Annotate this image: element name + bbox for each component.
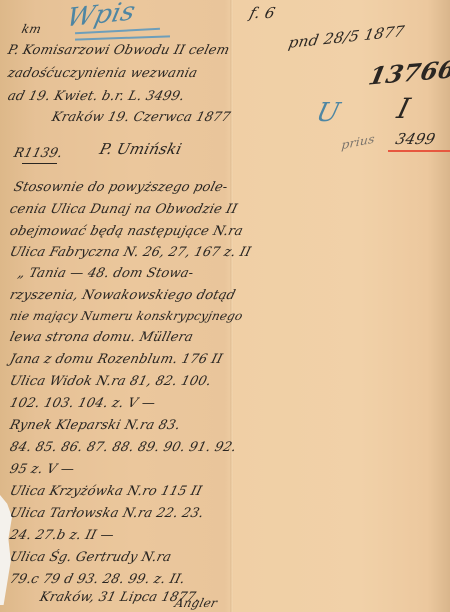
- signature-mark: P. Umiński: [98, 140, 184, 158]
- body-line: 84. 85. 86. 87. 88. 89. 90. 91. 92.: [8, 440, 238, 455]
- reference-number: R1139.: [12, 146, 64, 161]
- document-page: Wpis km P. Komisarzowi Obwodu II celem z…: [0, 0, 450, 612]
- body-line: Jana z domu Rozenblum. 176 II: [8, 352, 224, 367]
- marker-km: km: [20, 22, 43, 36]
- address-line-2: zadośćuczynienia wezwania: [6, 66, 199, 81]
- body-line: 102. 103. 104. z. V —: [8, 396, 157, 411]
- received-date: pnd 28/5 1877: [287, 22, 406, 52]
- body-line: 95 z. V —: [8, 462, 76, 477]
- body-line: Ulica Fabryczna N. 26, 27, 167 z. II: [8, 245, 252, 260]
- body-line: Rynek Kleparski N.ra 83.: [8, 418, 182, 433]
- blue-mark-u: U: [313, 98, 343, 128]
- body-line: lewa strona domu. Müllera: [8, 330, 195, 345]
- reference-underline: [22, 163, 57, 164]
- body-line: „ Tania — 48. dom Stowa-: [16, 266, 195, 281]
- case-number: 3499: [394, 130, 437, 148]
- folio-number: f. 6: [248, 4, 277, 22]
- closing-signature: Angler: [173, 596, 218, 610]
- pencil-note: prius: [341, 132, 375, 152]
- roman-numeral: I: [394, 92, 413, 125]
- address-place-date: Kraków 19. Czerwca 1877: [50, 110, 232, 125]
- body-line: nie mający Numeru konskrypcyjnego: [8, 309, 244, 323]
- body-line: Ulica Śg. Gertrudy N.ra: [8, 550, 173, 565]
- body-line: rzyszenia, Nowakowskiego dotąd: [8, 288, 237, 303]
- body-line: 24. 27.b z. II —: [8, 528, 115, 543]
- body-line: cenia Ulica Dunaj na Obwodzie II: [8, 202, 239, 217]
- red-underline: [388, 150, 450, 152]
- body-line: 79.c 79 d 93. 28. 99. z. II.: [8, 572, 187, 587]
- blue-crayon-mark: Wpis: [64, 0, 138, 33]
- paper-fold: [230, 0, 233, 612]
- register-number: 13766: [366, 54, 450, 90]
- body-line: Ulica Widok N.ra 81, 82. 100.: [8, 374, 213, 389]
- address-line-1: P. Komisarzowi Obwodu II celem: [6, 43, 231, 58]
- blue-underline-2: [75, 35, 170, 40]
- body-line: Ulica Krzyżówka N.ro 115 II: [8, 484, 203, 499]
- address-line-3: ad 19. Kwiet. b.r. L. 3499.: [6, 89, 186, 104]
- body-line: Ulica Tarłowska N.ra 22. 23.: [8, 506, 205, 521]
- body-line: obejmować będą następujące N.ra: [8, 224, 244, 239]
- body-line: Stosownie do powyższego pole-: [12, 180, 229, 195]
